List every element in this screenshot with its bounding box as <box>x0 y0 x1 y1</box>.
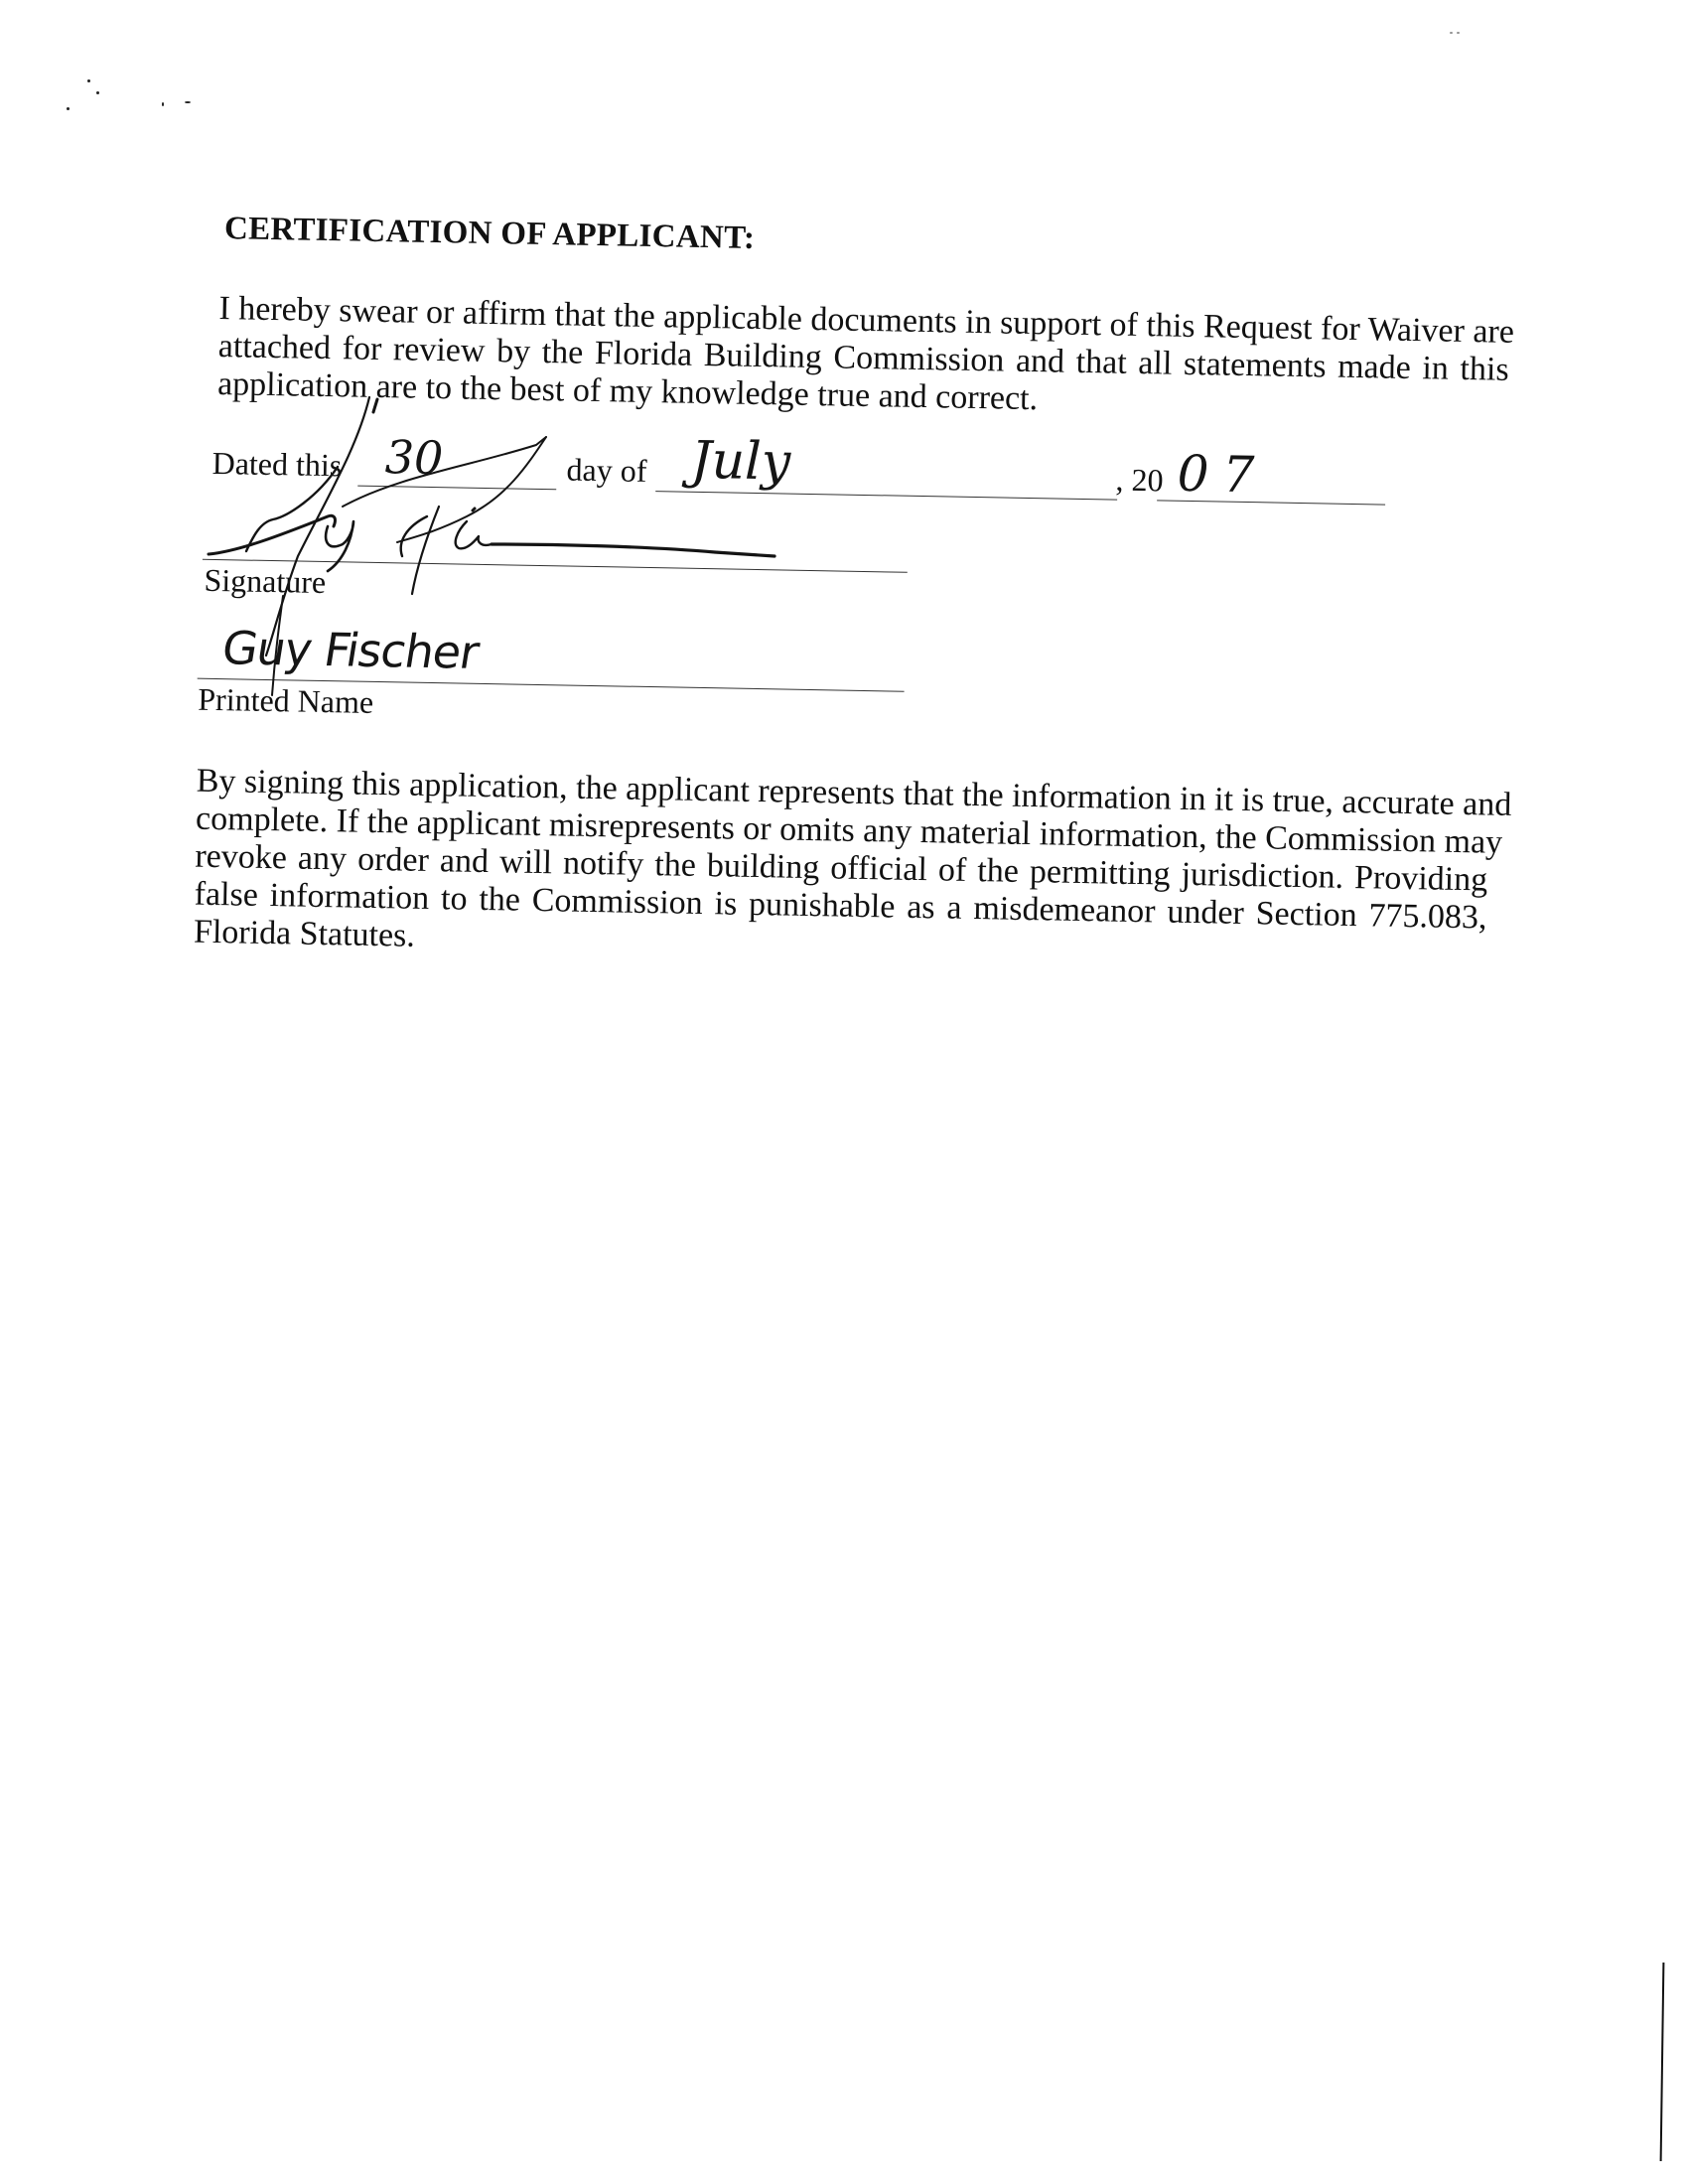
scan-edge-artifact <box>1660 1963 1665 2161</box>
section-heading: CERTIFICATION OF APPLICANT: <box>224 211 756 257</box>
printed-name-label: Printed Name <box>198 681 373 721</box>
dated-this-label: Dated this <box>211 445 342 484</box>
signature-field: Signature <box>4 0 1688 27</box>
date-line: Dated this 30 day of July , 20 07 <box>4 0 1688 27</box>
form-content: CERTIFICATION OF APPLICANT: I hereby swe… <box>0 0 1688 1020</box>
month-value[interactable]: July <box>690 431 790 493</box>
day-blank-line <box>357 486 556 491</box>
year-value[interactable]: 07 <box>1177 445 1269 505</box>
printed-name-value[interactable]: Guy Fischer <box>218 621 483 679</box>
scanned-document-page: CERTIFICATION OF APPLICANT: I hereby swe… <box>0 0 1688 2184</box>
disclaimer-paragraph: By signing this application, the applica… <box>194 763 1489 975</box>
day-value[interactable]: 30 <box>384 430 444 485</box>
printed-name-field: Guy Fischer Printed Name <box>4 0 1688 27</box>
year-prefix-label: , 20 <box>1115 462 1164 500</box>
signature-label: Signature <box>204 562 326 601</box>
certification-paragraph: I hereby swear or affirm that the applic… <box>217 290 1510 427</box>
day-of-label: day of <box>566 451 647 489</box>
month-blank-line <box>655 491 1117 501</box>
